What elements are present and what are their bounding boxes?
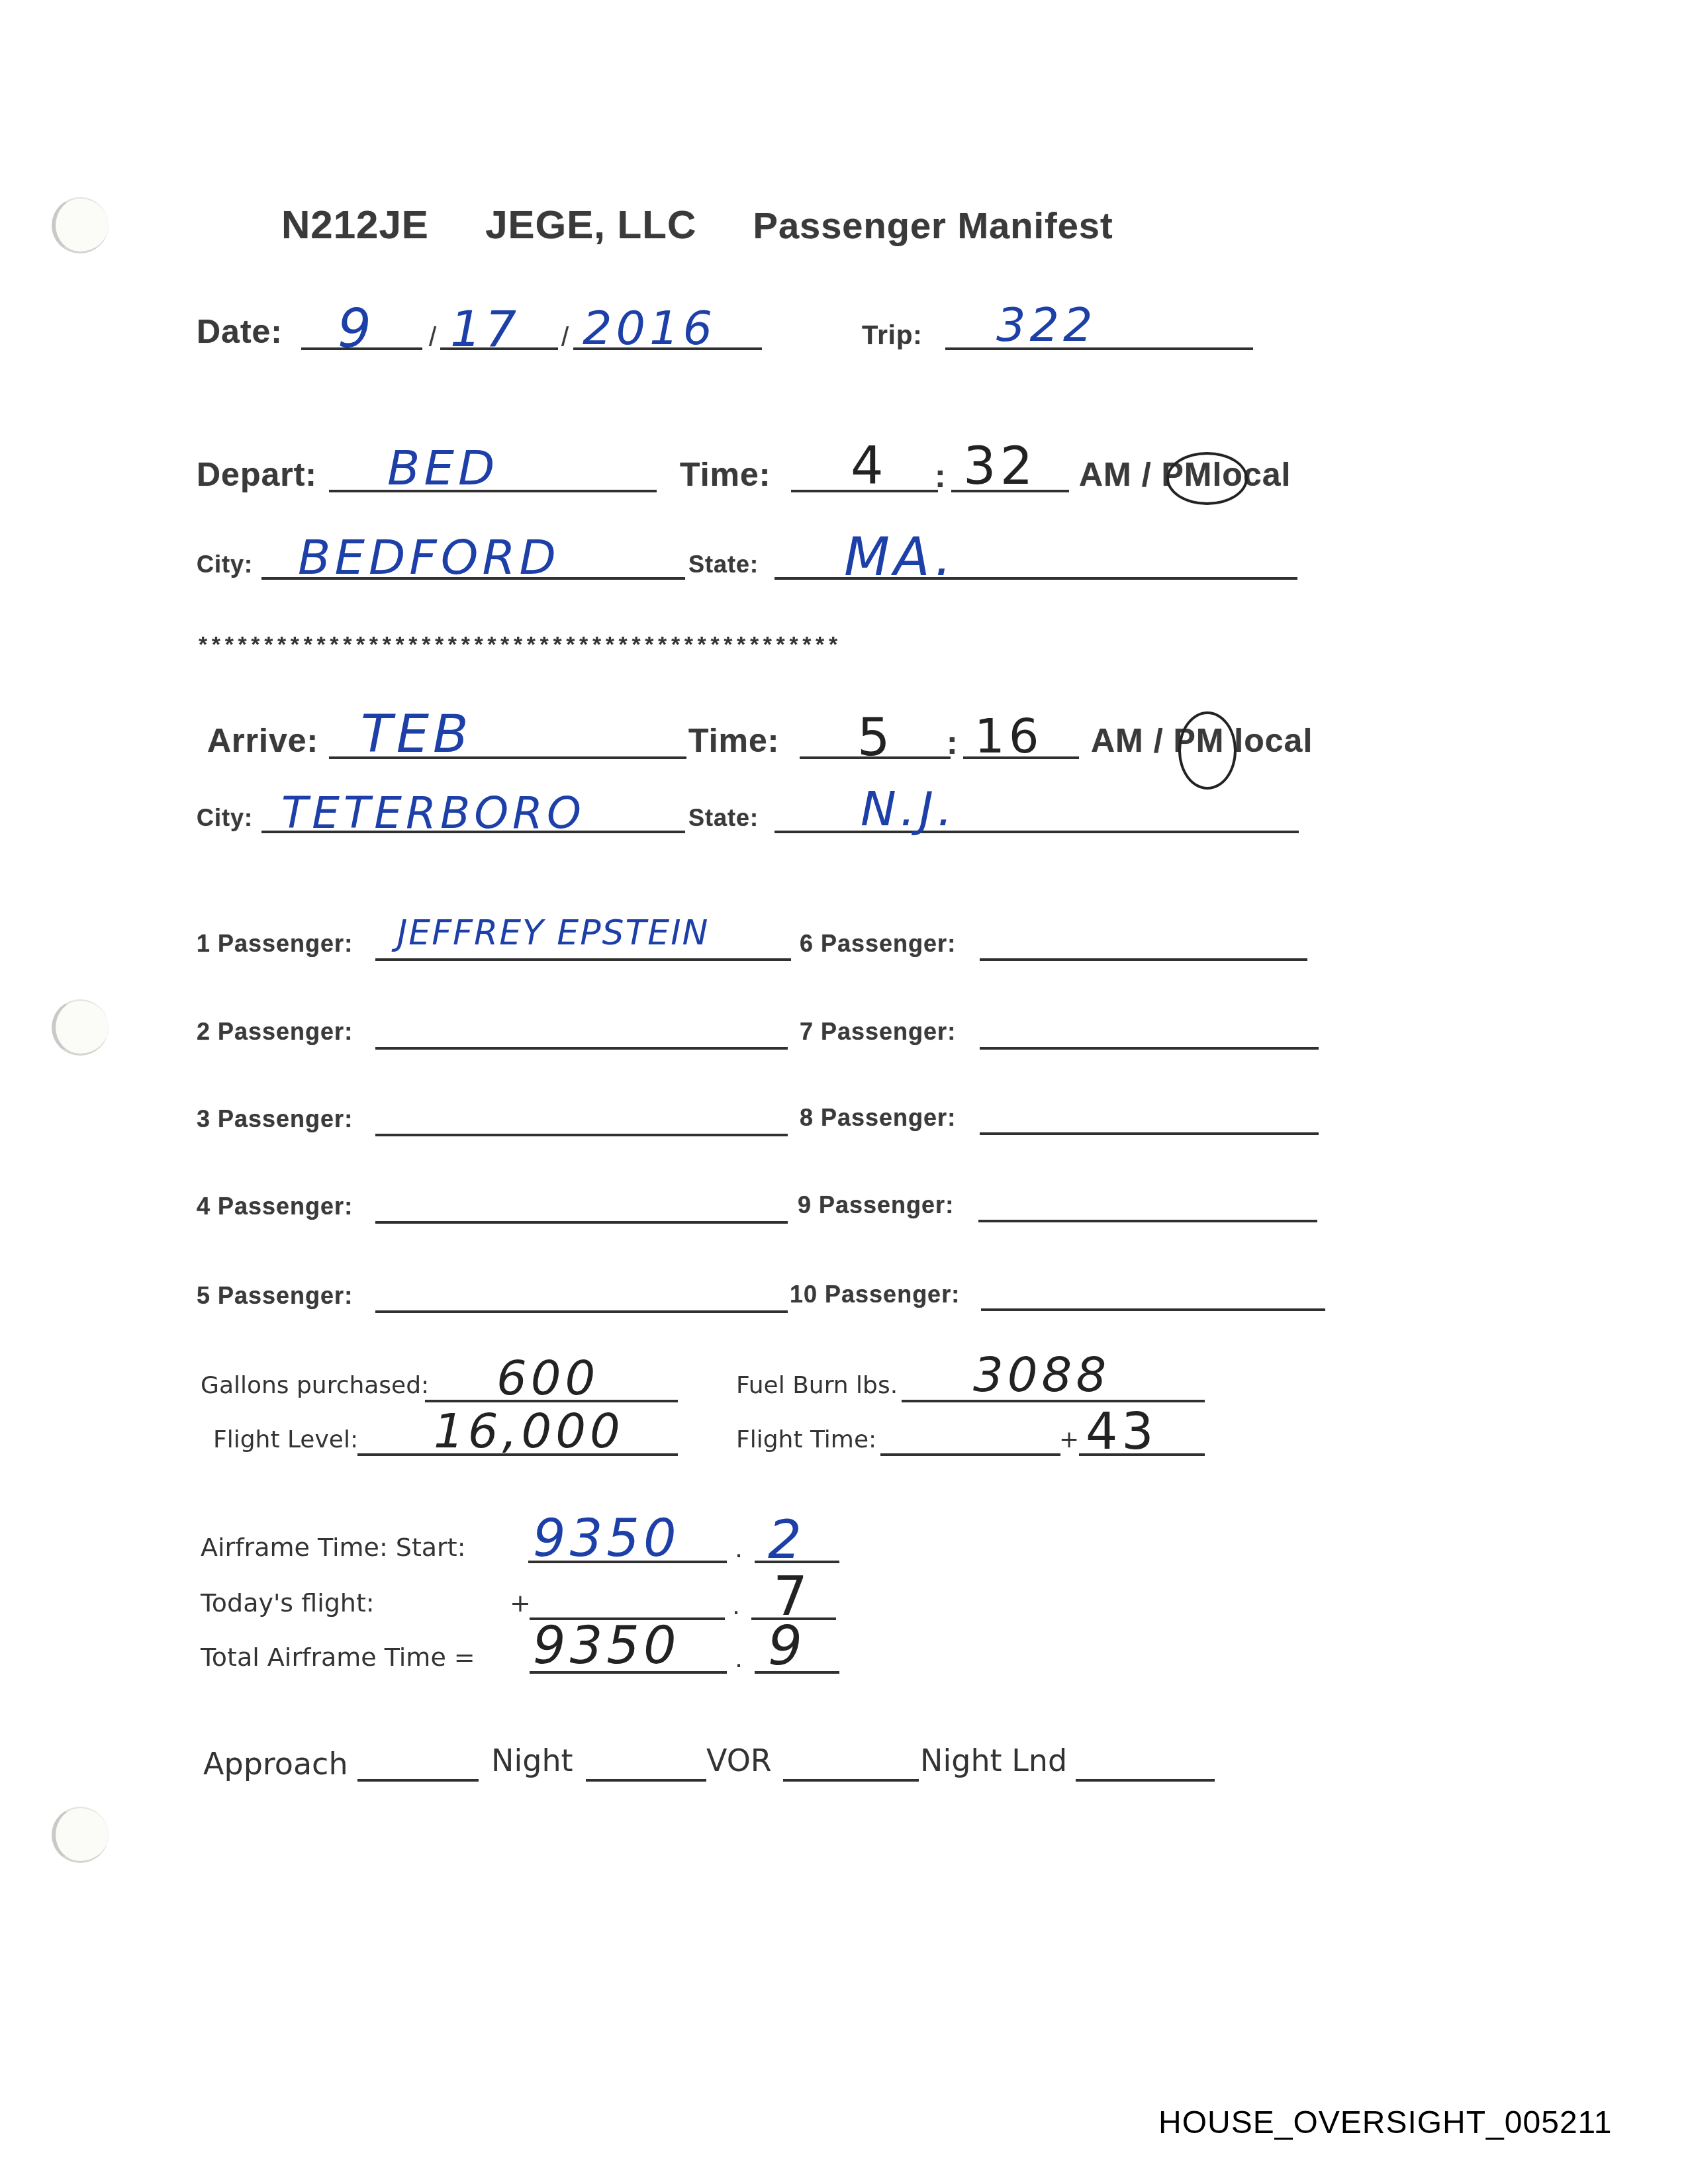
passenger-5-label: 5 Passenger: — [197, 1282, 353, 1310]
passenger-10-label: 10 Passenger: — [790, 1281, 960, 1308]
depart-time-colon: : — [935, 457, 947, 495]
flight-time-line — [880, 1453, 1060, 1456]
trip-label: Trip: — [862, 321, 923, 351]
passenger-6-label: 6 Passenger: — [800, 930, 956, 958]
approach-field[interactable] — [357, 1779, 479, 1782]
today-flight-label: Today's flight: — [201, 1588, 375, 1617]
arrive-am-option[interactable]: AM / — [1091, 722, 1164, 759]
trip-line — [945, 347, 1253, 350]
gallons-field[interactable]: 600 — [496, 1350, 599, 1406]
arrive-hour-field[interactable]: 5 — [857, 708, 894, 768]
night-lnd-label: Night Lnd — [920, 1743, 1067, 1778]
passenger-4-field[interactable] — [375, 1221, 788, 1224]
depart-city-field[interactable]: BEDFORD — [298, 529, 560, 585]
airframe-start-label: Airframe Time: Start: — [201, 1533, 465, 1562]
depart-airport-field[interactable]: BED — [387, 440, 498, 496]
depart-pm-selected-circle — [1166, 452, 1248, 505]
passenger-10-field[interactable] — [981, 1308, 1325, 1311]
arrive-label: Arrive: — [207, 721, 318, 760]
passenger-6-field[interactable] — [980, 958, 1307, 961]
airframe-start-tenths-field[interactable]: 2 — [768, 1509, 806, 1570]
arrive-city-label: City: — [197, 804, 253, 832]
passenger-8-label: 8 Passenger: — [800, 1104, 956, 1132]
depart-minute-field[interactable]: 32 — [963, 437, 1037, 496]
fuel-burn-field[interactable]: 3088 — [973, 1347, 1110, 1402]
vor-label: VOR — [706, 1743, 772, 1778]
depart-label: Depart: — [197, 455, 317, 494]
passenger-3-label: 3 Passenger: — [197, 1105, 353, 1133]
form-header: N212JE JEGE, LLC Passenger Manifest — [281, 202, 1113, 248]
total-airframe-tenths-field[interactable]: 9 — [768, 1615, 806, 1678]
gallons-label: Gallons purchased: — [201, 1372, 429, 1399]
depart-hour-field[interactable]: 4 — [851, 437, 888, 496]
arrive-time-label: Time: — [688, 721, 779, 760]
hole-punch-middle — [52, 999, 109, 1056]
hole-punch-top — [52, 197, 109, 253]
depart-state-label: State: — [688, 551, 759, 578]
form-title: Passenger Manifest — [753, 205, 1113, 246]
arrive-local-label: local — [1234, 722, 1313, 759]
arrive-time-colon: : — [947, 723, 959, 762]
total-airframe-label: Total Airframe Time = — [201, 1643, 475, 1672]
arrive-pm-selected-circle — [1178, 711, 1237, 790]
arrive-minute-field[interactable]: 16 — [974, 708, 1043, 764]
passenger-2-label: 2 Passenger: — [197, 1018, 353, 1046]
arrive-airport-field[interactable]: TEB — [361, 705, 472, 764]
arrive-state-line — [774, 831, 1299, 833]
flight-time-label: Flight Time: — [736, 1426, 876, 1453]
tail-number: N212JE — [281, 203, 429, 247]
night-lnd-field[interactable] — [1076, 1779, 1215, 1782]
passenger-2-field[interactable] — [375, 1047, 788, 1050]
today-flight-plus: + — [510, 1588, 531, 1617]
hole-punch-bottom — [52, 1807, 109, 1863]
date-year-field[interactable]: 2016 — [583, 301, 716, 355]
passenger-1-line — [375, 958, 791, 961]
today-flight-decimal: . — [732, 1591, 740, 1620]
date-separator-2: / — [561, 323, 569, 353]
company-name: JEGE, LLC — [485, 203, 696, 247]
depart-state-field[interactable]: MA. — [844, 526, 956, 588]
airframe-start-whole-field[interactable]: 9350 — [533, 1509, 680, 1569]
fuel-burn-label: Fuel Burn lbs. — [736, 1372, 898, 1399]
passenger-1-field[interactable]: JEFFREY EPSTEIN — [397, 913, 709, 953]
passenger-9-field[interactable] — [978, 1220, 1317, 1222]
total-airframe-decimal: . — [735, 1644, 743, 1673]
depart-am-option[interactable]: AM / — [1079, 456, 1152, 493]
arrive-city-field[interactable]: TETERBORO — [281, 788, 585, 839]
trip-field[interactable]: 322 — [996, 298, 1097, 352]
date-day-field[interactable]: 17 — [450, 301, 520, 358]
flight-time-field[interactable]: 43 — [1086, 1402, 1158, 1461]
bates-number: HOUSE_OVERSIGHT_005211 — [1158, 2105, 1612, 2141]
passenger-1-label: 1 Passenger: — [197, 930, 353, 958]
passenger-4-label: 4 Passenger: — [197, 1193, 353, 1220]
date-label: Date: — [197, 312, 283, 351]
flight-time-plus: + — [1059, 1426, 1079, 1453]
night-label: Night — [491, 1743, 573, 1778]
section-divider: ****************************************… — [199, 632, 842, 658]
passenger-9-label: 9 Passenger: — [798, 1191, 954, 1219]
date-separator: / — [429, 323, 437, 353]
arrive-state-field[interactable]: N.J. — [861, 781, 957, 837]
date-month-field[interactable]: 9 — [338, 298, 375, 359]
approach-label: Approach — [203, 1746, 348, 1782]
passenger-3-field[interactable] — [375, 1134, 788, 1136]
flight-level-label: Flight Level: — [213, 1426, 358, 1453]
night-field[interactable] — [586, 1779, 706, 1782]
passenger-7-field[interactable] — [980, 1047, 1319, 1050]
passenger-8-field[interactable] — [980, 1132, 1319, 1135]
flight-level-field[interactable]: 16,000 — [434, 1403, 624, 1459]
passenger-5-field[interactable] — [375, 1310, 788, 1313]
depart-time-label: Time: — [680, 455, 771, 494]
arrive-state-label: State: — [688, 804, 759, 832]
total-airframe-whole-field[interactable]: 9350 — [533, 1616, 680, 1676]
depart-city-label: City: — [197, 551, 253, 578]
passenger-7-label: 7 Passenger: — [800, 1018, 956, 1046]
vor-field[interactable] — [783, 1779, 919, 1782]
airframe-start-decimal: . — [735, 1534, 743, 1563]
